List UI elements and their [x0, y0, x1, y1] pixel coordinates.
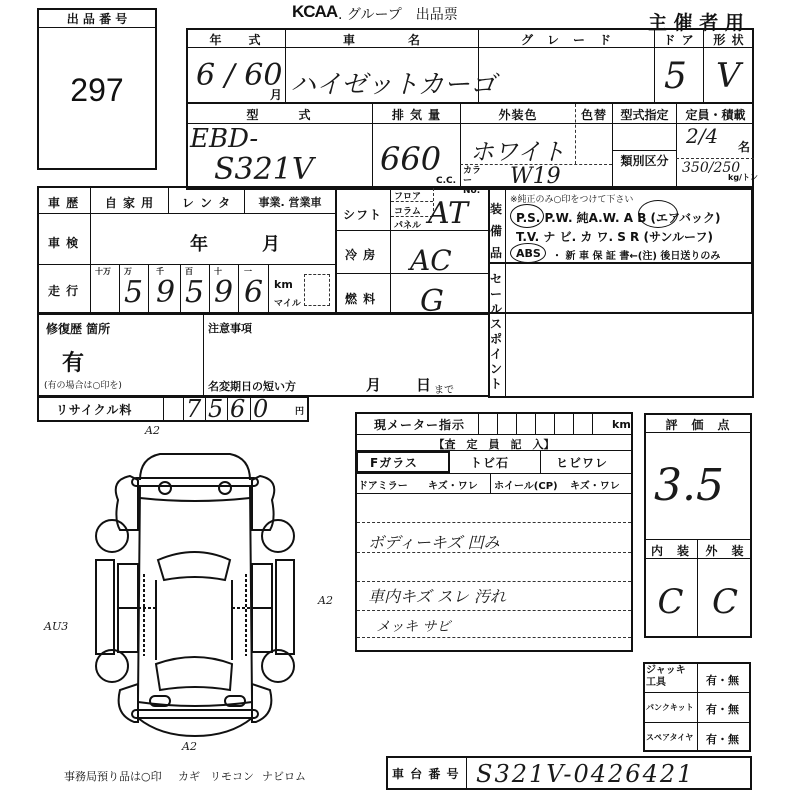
- mileage-digit: 9: [156, 275, 175, 310]
- wheel-label: ホイール(CP): [494, 477, 558, 492]
- history-option-business[interactable]: 事業. 営業車: [245, 194, 335, 210]
- shift-label: シフト: [343, 206, 382, 223]
- recycle-label: リサイクル料: [56, 401, 132, 418]
- inspection-year: 年: [190, 230, 209, 256]
- inspection-label: 車 検: [48, 234, 79, 251]
- mileage-digit-cell: 一6: [240, 265, 269, 314]
- history-option-rental[interactable]: レ ン タ: [169, 194, 244, 211]
- tool-spare-value[interactable]: 有・無: [706, 731, 739, 747]
- header-title: . グループ 出品票: [338, 4, 458, 24]
- equipment-line-2[interactable]: T.V. ナ ビ. カ ワ. S R (サンルーフ): [516, 228, 713, 245]
- capacity-unit: 名: [738, 138, 751, 155]
- chassis-label: 車 台 番 号: [392, 765, 460, 782]
- month-suffix: 月: [270, 86, 283, 103]
- recycle-digit: 0: [253, 395, 268, 423]
- recycle-digit: 7: [186, 395, 201, 423]
- diagram-mark-rear: A2: [182, 740, 197, 753]
- diagram-mark-left: AU3: [44, 620, 68, 633]
- repair-value[interactable]: 有: [62, 346, 84, 377]
- shape-value: V: [716, 56, 741, 96]
- unit-checkbox[interactable]: [304, 274, 330, 306]
- history-label: 車 歴: [48, 194, 79, 211]
- caution-until: まで: [434, 381, 454, 396]
- mileage-digit-cell: 十万: [91, 265, 120, 314]
- recycle-digit-cell: 7: [183, 397, 205, 421]
- mileage-digit-cell: 百5: [181, 265, 210, 314]
- color-change-label: 色替: [576, 106, 612, 123]
- lot-label: 出 品 番 号: [39, 10, 155, 28]
- recycle-digit: 5: [208, 395, 223, 423]
- digit-header: 十万: [95, 266, 111, 277]
- doors-label: ド ア: [655, 31, 703, 48]
- mileage-digit: 6: [244, 275, 263, 310]
- office-item-navirom[interactable]: ナビロム: [262, 768, 306, 784]
- name-label: 車 名: [286, 31, 478, 48]
- circle-mark-ab: [638, 200, 678, 228]
- recycle-digit-cell: 6: [227, 397, 249, 421]
- unit-mile: マイル: [274, 296, 301, 309]
- equipment-line-1[interactable]: P.S. P.W. 純A.W. A B (エアバック): [516, 209, 721, 226]
- mileage-digit: 5: [185, 275, 204, 310]
- model-label: 型 式: [186, 106, 372, 123]
- load-unit: kg/トン: [728, 172, 758, 183]
- recycle-digit: 6: [230, 395, 245, 423]
- inspector-note-2: 車内キズ スレ 汚れ: [368, 584, 506, 607]
- name-change-label: 名変期日の短い方: [208, 378, 296, 394]
- glass-label: Fガラス: [370, 454, 418, 471]
- inspector-label: 【査 定 員 記 入】: [355, 436, 633, 452]
- meter-label: 現メーター指示: [374, 416, 465, 433]
- mileage-digit: 5: [124, 275, 143, 310]
- unit-km: km: [274, 278, 293, 291]
- caution-label: 注意事項: [208, 320, 252, 336]
- sales-point-box-right: [752, 186, 754, 398]
- diagram-mark-front: A2: [145, 424, 160, 437]
- displacement-value: 660: [380, 140, 441, 178]
- sales-point-label: セールスポイント: [490, 272, 504, 392]
- tool-puncture-label: パンクキット: [646, 702, 694, 713]
- chip-label[interactable]: トビ石: [470, 454, 509, 471]
- interior-value: C: [644, 582, 697, 622]
- score-label: 評 価 点: [644, 416, 752, 433]
- displacement-unit: C.C.: [436, 176, 456, 186]
- repair-note: (有の場合は○印を): [44, 378, 122, 391]
- shift-column[interactable]: コラム: [394, 204, 421, 217]
- equipment-line-3[interactable]: ・ 新 車 保 証 書←(注) 後日送りのみ: [552, 247, 720, 262]
- model-value-1: EBD-: [190, 124, 258, 154]
- caution-day: 日: [416, 374, 432, 395]
- capacity-label: 定員・積載: [677, 106, 754, 123]
- exterior-label: 外 装: [698, 542, 752, 559]
- inspection-month: 月: [262, 230, 281, 256]
- tool-jack-label: ジャッキ 工具: [646, 665, 696, 689]
- inspector-note-3: メッキ サビ: [376, 616, 450, 636]
- mileage-digit-cell: 千9: [152, 265, 181, 314]
- lot-box: 出 品 番 号 297: [37, 8, 157, 170]
- wheel-options[interactable]: キズ・ワレ: [570, 477, 620, 492]
- mileage-digit-cell: 十9: [210, 265, 239, 314]
- inspector-note-1: ボディーキズ 凹み: [368, 530, 500, 553]
- circle-mark-abs: [510, 243, 546, 263]
- shift-floor[interactable]: フロア: [394, 189, 421, 202]
- equipment-label: 装 備 品: [490, 198, 504, 264]
- office-item-remote[interactable]: リモコン: [210, 768, 254, 784]
- shift-value: AT: [428, 196, 468, 231]
- tool-jack-value[interactable]: 有・無: [706, 672, 739, 688]
- chassis-value: S321V-0426421: [476, 760, 694, 788]
- header-logo: KCAA: [292, 2, 337, 22]
- mileage-label: 走 行: [48, 282, 79, 299]
- year-label: 年 式: [186, 31, 285, 48]
- interior-label: 内 装: [644, 542, 697, 559]
- lot-number: 297: [39, 72, 155, 109]
- mileage-digit: 9: [214, 275, 233, 310]
- category-label: 類別区分: [613, 152, 676, 169]
- score-value: 3.5: [654, 460, 724, 511]
- grade-label: グ レ ー ド: [479, 31, 654, 48]
- doors-value: 5: [664, 56, 687, 97]
- shift-panel[interactable]: パネル: [394, 218, 421, 231]
- displacement-label: 排 気 量: [373, 106, 460, 123]
- office-item-key[interactable]: カギ: [178, 768, 200, 784]
- office-note: 事務局預り品は○印: [64, 768, 162, 784]
- repair-label: 修復歴 箇所: [46, 320, 110, 337]
- color-label: 外装色: [461, 106, 575, 123]
- diagram-mark-right: A2: [318, 594, 333, 607]
- meter-unit: km: [612, 418, 631, 431]
- recycle-digit-cell: [163, 397, 185, 421]
- mileage-digit-cell: 万5: [120, 265, 149, 314]
- model-value-2: S321V: [214, 152, 313, 187]
- history-option-private[interactable]: 自 家 用: [91, 194, 168, 211]
- vehicle-name: ハイゼットカーゴ: [290, 64, 496, 101]
- tool-puncture-value[interactable]: 有・無: [706, 701, 739, 717]
- mirror-label: ドアミラー: [358, 477, 408, 492]
- recycle-digit-cell: 5: [205, 397, 227, 421]
- caution-month: 月: [366, 374, 382, 395]
- circle-mark-ps: [510, 204, 544, 228]
- ac-value: AC: [410, 244, 452, 277]
- crack-label[interactable]: ヒビワレ: [556, 454, 608, 471]
- type-designation-label: 型式指定: [613, 106, 676, 123]
- recycle-digit-cell: 0: [250, 397, 272, 421]
- fuel-label: 燃 料: [345, 290, 376, 307]
- ac-label: 冷 房: [345, 246, 376, 263]
- tool-spare-label: スペアタイヤ: [646, 732, 693, 743]
- exterior-value: C: [698, 582, 752, 622]
- color-value: ホワイト: [470, 132, 565, 167]
- shape-label: 形 状: [704, 31, 754, 48]
- recycle-unit: 円: [295, 404, 304, 417]
- car-diagram[interactable]: [80, 440, 310, 750]
- capacity-value: 2/4: [686, 124, 718, 148]
- mirror-options[interactable]: キズ・ワレ: [428, 477, 478, 492]
